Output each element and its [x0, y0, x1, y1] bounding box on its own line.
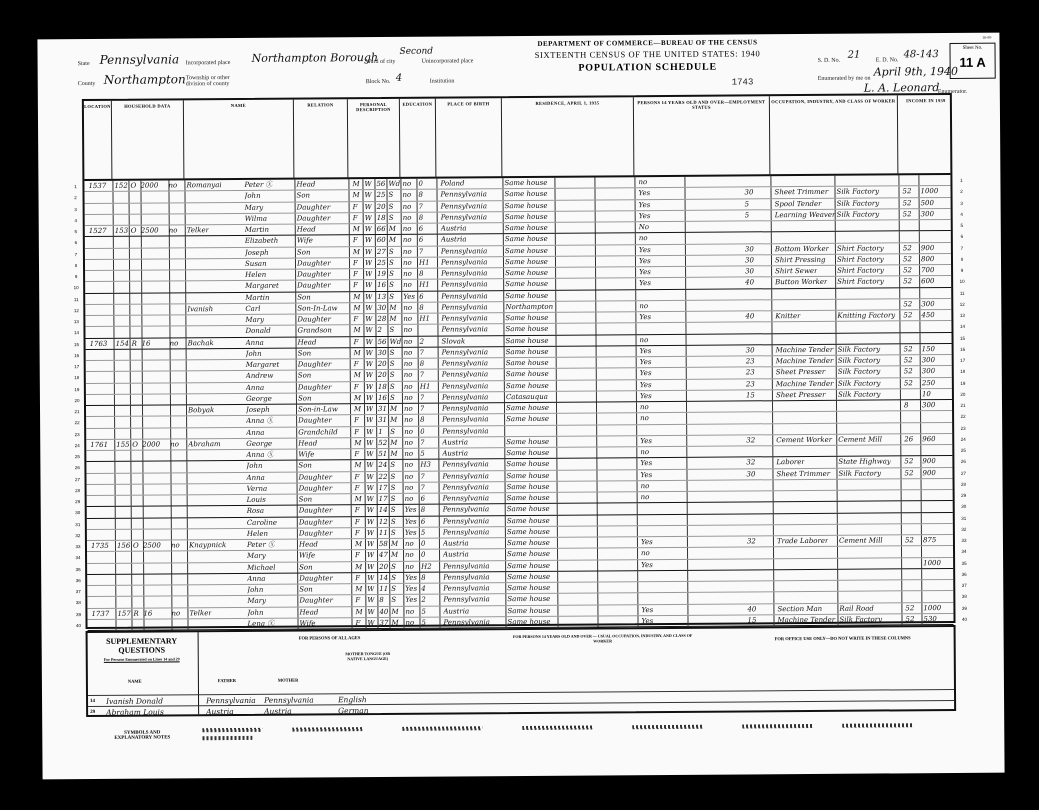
occupation: Section Man [777, 603, 822, 614]
sex: M [353, 325, 360, 335]
line-number: 18 [70, 372, 84, 383]
stamp-number: 1743 [732, 77, 754, 87]
line-number: 5 [69, 226, 83, 237]
marital-status: S [389, 269, 394, 279]
occupation: Shirt Pressing [775, 255, 826, 266]
birthplace: Pennsylvania [441, 313, 487, 324]
line-number: 3 [69, 204, 83, 215]
hours: 23 [746, 356, 755, 366]
age: 27 [377, 246, 386, 256]
line-number-right: 22 [956, 411, 970, 422]
birthplace: Pennsylvania [443, 572, 489, 583]
grade: H2 [421, 561, 432, 571]
line-number-right: 25 [956, 445, 970, 456]
marital-status: M [389, 314, 396, 324]
relation: Daughter [298, 382, 332, 392]
marital-status: S [391, 573, 396, 583]
school: no [404, 415, 413, 425]
residence-1935: Same house [505, 279, 548, 290]
sex: F [353, 269, 358, 279]
relation: Head [297, 224, 316, 234]
marital-status: S [391, 595, 396, 605]
age: 60 [377, 235, 386, 245]
supp-col-office: FOR OFFICE USE ONLY—DO NOT WRITE IN THES… [738, 635, 948, 641]
age: 18 [378, 381, 387, 391]
worked: Yes [639, 211, 651, 221]
line-number-right: 36 [957, 569, 971, 580]
given-name: Mary [245, 315, 264, 325]
relation: Son [298, 461, 312, 471]
line-number: 13 [69, 316, 83, 327]
residence-1935: Same house [505, 234, 548, 245]
marital-status: S [389, 201, 394, 211]
line-number: 14 [69, 327, 83, 338]
hours: 30 [745, 266, 754, 276]
birthplace: Pennsylvania [441, 212, 487, 223]
age: 14 [379, 573, 388, 583]
tenure: O [130, 181, 136, 191]
industry: Silk Factory [838, 367, 881, 378]
residence-1935: Same house [507, 538, 550, 549]
block-value: 4 [396, 73, 402, 84]
birthplace: Pennsylvania [442, 414, 488, 425]
age: 1 [378, 426, 383, 436]
relation: Wife [298, 449, 314, 459]
residence-1935: Same house [505, 268, 548, 279]
marital-status: S [390, 426, 395, 436]
hours: 40 [747, 604, 756, 614]
relation: Son-In-Law [297, 303, 337, 314]
residence-1935: Same house [507, 560, 550, 571]
income: 600 [921, 276, 934, 286]
income: 1000 [923, 603, 941, 613]
income: 300 [922, 366, 935, 376]
residence-1935: Same house [506, 437, 549, 448]
school: no [404, 393, 413, 403]
supp-mother: Austria [264, 706, 292, 716]
grade: 2 [420, 336, 425, 346]
given-name: John [246, 349, 262, 359]
birthplace: Poland [440, 178, 464, 188]
residence-1935: Same house [507, 493, 550, 504]
relation: Daughter [299, 517, 333, 527]
birthplace: Pennsylvania [441, 302, 487, 313]
given-name: Anna ⓧ [246, 450, 274, 460]
residence-1935: Same house [505, 324, 548, 335]
weeks-worked: 52 [904, 378, 913, 388]
residence-1935: Same house [507, 583, 550, 594]
line-number: 22 [70, 417, 84, 428]
relation: Son [296, 191, 310, 201]
race: W [366, 472, 373, 482]
worked: Yes [641, 560, 653, 570]
race: W [367, 573, 374, 583]
age: 16 [377, 280, 386, 290]
home-value: 16 [143, 608, 152, 618]
occupation: Machine Tender [776, 378, 834, 389]
sex: F [355, 618, 360, 628]
supp-col-usual: FOR PERSONS 14 YEARS OLD AND OVER — USUA… [508, 633, 698, 644]
given-name: Peter ⓧ [244, 180, 272, 190]
race: W [367, 494, 374, 504]
supplementary-heading: SUPPLEMENTARY QUESTIONS [92, 636, 192, 655]
birthplace: Pennsylvania [442, 392, 488, 403]
marital-status: S [391, 584, 396, 594]
grade: H1 [419, 314, 430, 324]
relation: Son [298, 348, 312, 358]
industry: Knitting Factory [837, 310, 895, 321]
given-name: Carl [245, 304, 260, 314]
supplementary-subtitle: For Persons Enumerated on Lines 14 and 2… [92, 656, 192, 662]
income: 900 [922, 456, 935, 466]
birthplace: Pennsylvania [442, 459, 488, 470]
relation: Grandchild [298, 427, 338, 438]
age: 37 [379, 618, 388, 628]
county-value: Northampton [104, 72, 186, 87]
sex: M [352, 179, 359, 189]
industry: Silk Factory [838, 355, 881, 366]
school: no [404, 460, 413, 470]
grade: 8 [421, 572, 426, 582]
age: 58 [379, 539, 388, 549]
line-number-right: 21 [956, 400, 970, 411]
birthplace: Pennsylvania [441, 246, 487, 257]
race: W [366, 415, 373, 425]
supp-col-language: MOTHER TONGUE (OR NATIVE LANGUAGE) [338, 651, 398, 661]
given-name: Caroline [247, 517, 277, 527]
marital-status: M [391, 539, 398, 549]
given-name: Peter ⓧ [247, 540, 275, 550]
age: 14 [379, 505, 388, 515]
supp-section-label: FOR PERSONS OF ALL AGES [200, 634, 460, 641]
marital-status: S [390, 393, 395, 403]
birthplace: Pennsylvania [443, 527, 489, 538]
farm: no [168, 180, 177, 190]
line-number: 29 [71, 496, 85, 507]
given-name: Mary [245, 202, 264, 212]
occupation: Spool Tender [775, 198, 822, 209]
race: W [366, 460, 373, 470]
grade: 8 [419, 302, 424, 312]
birthplace: Pennsylvania [441, 279, 487, 290]
residence-1935: Same house [505, 223, 548, 234]
residence-1935: Same house [507, 527, 550, 538]
sex: F [354, 472, 359, 482]
residence-1935: Same house [505, 200, 548, 211]
given-name: Martin [245, 225, 269, 235]
worked: Yes [639, 278, 651, 288]
given-name: Anna [246, 472, 264, 482]
school: no [404, 348, 413, 358]
farm: no [171, 608, 180, 618]
relation: Son [299, 494, 313, 504]
col-education: EDUCATION [400, 99, 437, 179]
marital-status: M [389, 224, 396, 234]
industry: Shirt Factory [837, 265, 884, 276]
worked: no [641, 481, 650, 491]
race: W [366, 359, 373, 369]
line-number: 15 [70, 339, 84, 350]
sex: M [354, 393, 361, 403]
sex: F [355, 517, 360, 527]
supp-father: Austria [206, 706, 234, 716]
weeks-worked: 52 [903, 265, 912, 275]
given-name: Lena ⓧ [247, 618, 274, 628]
race: W [364, 179, 371, 189]
residence-1935: Northampton [505, 302, 553, 313]
col-location: LOCATION [84, 101, 113, 181]
given-name: Joseph [245, 247, 269, 257]
school: no [405, 606, 414, 616]
line-number: 36 [71, 575, 85, 586]
farm: no [170, 439, 179, 449]
worked: no [641, 548, 650, 558]
race: W [367, 584, 374, 594]
occupation: Sheet Presser [776, 367, 826, 378]
line-number: 6 [69, 237, 83, 248]
grade: 6 [421, 494, 426, 504]
race: W [367, 607, 374, 617]
hours: 30 [745, 255, 754, 265]
sex: F [353, 314, 358, 324]
hours: 30 [744, 188, 753, 198]
school: no [403, 201, 412, 211]
age: 12 [379, 516, 388, 526]
grade: 6 [419, 291, 424, 301]
line-number-right: 30 [957, 501, 971, 512]
race: W [365, 325, 372, 335]
residence-1935: Same house [506, 369, 549, 380]
supp-line-no: 14 [90, 696, 95, 706]
supplementary-questions: SUPPLEMENTARY QUESTIONS For Persons Enum… [86, 625, 957, 717]
worked: No [639, 222, 649, 232]
relation: Daughter [297, 314, 331, 324]
line-number-right: 7 [955, 242, 969, 253]
occupation: Machine Tender [776, 356, 834, 367]
age: 66 [377, 224, 386, 234]
race: W [367, 517, 374, 527]
residence-1935: Same house [507, 594, 550, 605]
age: 30 [377, 303, 386, 313]
home-value: 16 [142, 338, 151, 348]
occupation: Bottom Worker [775, 243, 829, 254]
given-name: Anna [246, 337, 264, 347]
sex: F [355, 573, 360, 583]
col-birth: PLACE OF BIRTH [436, 98, 503, 178]
line-number: 28 [71, 485, 85, 496]
race: W [366, 438, 373, 448]
race: W [366, 337, 373, 347]
sex: F [355, 528, 360, 538]
supp-mother: Pennsylvania [264, 694, 314, 704]
weeks-worked: 52 [903, 310, 912, 320]
residence-1935: Same house [504, 189, 547, 200]
relation: Daughter [297, 213, 331, 223]
race: W [365, 314, 372, 324]
school: no [403, 280, 412, 290]
residence-1935: Same house [507, 617, 550, 628]
marital-status: S [390, 460, 395, 470]
line-number: 25 [70, 451, 84, 462]
hours: 23 [746, 379, 755, 389]
grade: H1 [420, 381, 431, 391]
explanatory-notes: SYMBOLS AND EXPLANATORY NOTES [102, 715, 922, 761]
marital-status: S [391, 483, 396, 493]
line-number-right: 40 [957, 614, 971, 625]
visit-number: 156 [117, 541, 130, 551]
census-rows: 111537152O2000noRomanyaiPeter ⓧHeadMW56W… [84, 175, 953, 631]
col-relation: RELATION [294, 99, 349, 179]
marital-status: S [390, 348, 395, 358]
line-number: 11 [69, 294, 83, 305]
age: 25 [376, 190, 385, 200]
industry: Rail Road [839, 603, 874, 613]
age: 22 [378, 471, 387, 481]
relation: Daughter [297, 281, 331, 291]
school: no [403, 246, 412, 256]
column-headers: LOCATION HOUSEHOLD DATA NAME RELATION PE… [84, 95, 951, 181]
age: 19 [377, 269, 386, 279]
marital-status: S [389, 246, 394, 256]
sex: F [355, 550, 360, 560]
col-name: NAME [184, 100, 295, 181]
unincorporated-label: Unincorporated place [422, 58, 474, 64]
marital-status: S [391, 505, 396, 515]
line-number: 4 [69, 215, 83, 226]
grade: 7 [420, 370, 425, 380]
marital-status: S [391, 528, 396, 538]
surname: Ivanish [187, 304, 213, 314]
age: 30 [378, 348, 387, 358]
sex: M [355, 584, 362, 594]
marital-status: Wd [388, 179, 400, 189]
marital-status: M [389, 303, 396, 313]
weeks-worked: 52 [904, 457, 913, 467]
industry: Silk Factory [836, 187, 879, 198]
line-number-right: 27 [956, 467, 970, 478]
sex: M [353, 247, 360, 257]
marital-status: M [389, 235, 396, 245]
relation: Daughter [299, 573, 333, 583]
line-number-right: 13 [955, 310, 969, 321]
line-number-right: 4 [955, 209, 969, 220]
industry: Silk Factory [839, 614, 882, 625]
race: W [365, 303, 372, 313]
race: W [365, 235, 372, 245]
race: W [365, 202, 372, 212]
residence-1935: Same house [506, 347, 549, 358]
line-number: 9 [69, 271, 83, 282]
race: W [367, 550, 374, 560]
relation: Son [299, 584, 313, 594]
worked: Yes [639, 245, 651, 255]
hours: 5 [745, 210, 750, 220]
occupation: Machine Tender [776, 345, 834, 356]
given-name: George [246, 393, 272, 403]
relation: Daughter [299, 483, 333, 493]
surname: Bachak [188, 338, 214, 348]
worked: Yes [640, 436, 652, 446]
weeks-worked: 52 [904, 468, 913, 478]
income: 10 [922, 389, 931, 399]
marital-status: M [391, 606, 398, 616]
race: W [365, 258, 372, 268]
marital-status: S [389, 280, 394, 290]
relation: Daughter [298, 359, 332, 369]
industry: Silk Factory [838, 344, 881, 355]
income: 500 [921, 198, 934, 208]
line-number-right: 33 [957, 535, 971, 546]
visit-number: 154 [116, 338, 129, 348]
state-value: Pennsylvania [100, 52, 180, 67]
surname: Abraham [188, 439, 220, 449]
birthplace: Pennsylvania [441, 324, 487, 335]
age: 16 [378, 393, 387, 403]
relation: Head [298, 438, 317, 448]
marital-status: M [391, 618, 398, 628]
occupation: Sheet Trimmer [774, 187, 828, 198]
col-personal: PERSONAL DESCRIPTION [348, 99, 401, 179]
birthplace: Pennsylvania [440, 189, 486, 200]
school: no [404, 449, 413, 459]
industry: Shirt Factory [837, 254, 884, 265]
relation: Head [296, 179, 315, 189]
sex: M [355, 607, 362, 617]
line-number: 33 [71, 541, 85, 552]
grade: 5 [421, 527, 426, 537]
grade: H1 [419, 280, 430, 290]
house-number: 1737 [91, 608, 109, 618]
title-block: DEPARTMENT OF COMMERCE—BUREAU OF THE CEN… [477, 38, 817, 74]
worked: no [640, 402, 649, 412]
age: 31 [378, 415, 387, 425]
line-number-right: 2 [954, 186, 968, 197]
age: 11 [379, 584, 388, 594]
sex: F [353, 258, 358, 268]
sex: F [353, 235, 358, 245]
school: Yes [405, 572, 417, 582]
line-number-right: 38 [957, 591, 971, 602]
given-name: Elizabeth [245, 236, 278, 246]
marital-status: S [391, 516, 396, 526]
hours: 5 [745, 199, 750, 209]
income: 300 [921, 299, 934, 309]
relation: Head [298, 337, 317, 347]
race: W [366, 393, 373, 403]
sex: M [354, 370, 361, 380]
birthplace: Pennsylvania [443, 594, 489, 605]
birthplace: Pennsylvania [443, 617, 489, 628]
worked: no [640, 335, 649, 345]
sex: F [354, 382, 359, 392]
birthplace: Austria [441, 235, 467, 245]
income: 1000 [920, 186, 938, 196]
age: 51 [378, 449, 387, 459]
line-number-right: 20 [956, 389, 970, 400]
line-number: 34 [71, 552, 85, 563]
sex: F [353, 202, 358, 212]
block-label: Block No. [366, 79, 391, 85]
col-income: INCOME IN 1939 [898, 95, 955, 175]
line-number: 27 [70, 474, 84, 485]
race: W [367, 539, 374, 549]
line-number-right: 14 [955, 321, 969, 332]
worked: Yes [640, 458, 652, 468]
sex: M [354, 438, 361, 448]
race: W [366, 348, 373, 358]
line-number: 23 [70, 429, 84, 440]
weeks-worked: 52 [905, 614, 914, 624]
